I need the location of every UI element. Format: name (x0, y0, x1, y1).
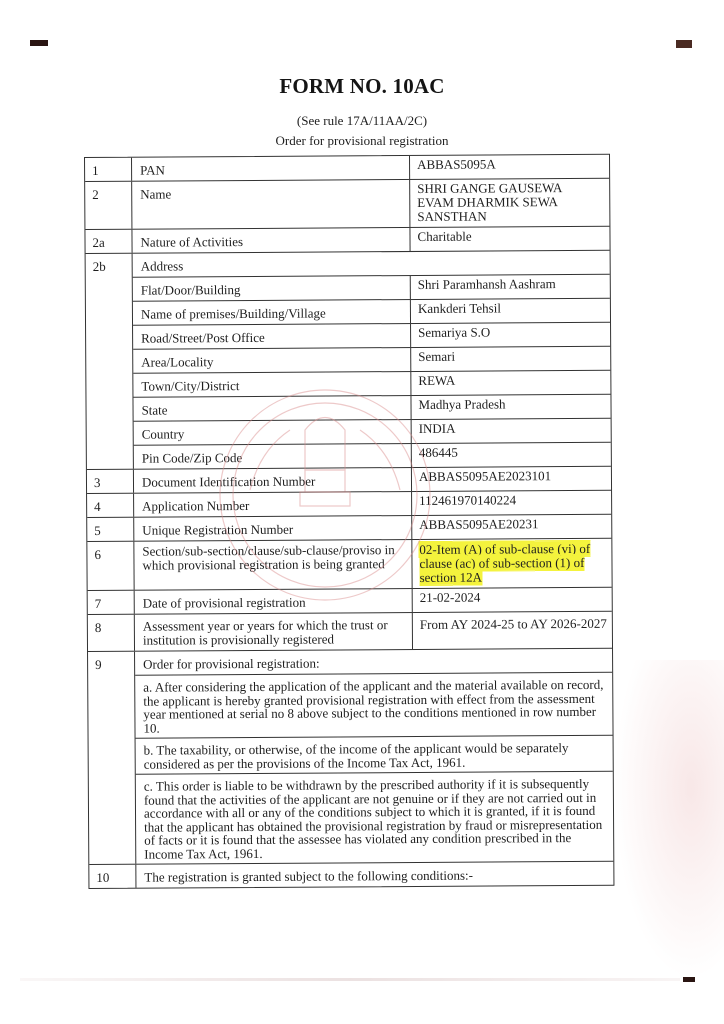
row-number: 2a (85, 230, 132, 253)
scan-mark (30, 40, 48, 46)
name-line: SANSTHAN (417, 209, 609, 224)
field-value: Kankderi Tehsil (411, 299, 610, 323)
address-field: Flat/Door/Building Shri Paramhansh Aashr… (133, 274, 610, 301)
row-pan: 1 PAN ABBAS5095A (85, 155, 609, 181)
form-subtitle: Order for provisional registration (0, 133, 724, 149)
row-label: Date of provisional registration (135, 589, 413, 614)
row-nature: 2a Nature of Activities Charitable (85, 226, 609, 253)
field-label: Pin Code/Zip Code (134, 444, 412, 469)
address-field: Town/City/District REWA (133, 370, 610, 397)
row-label: Unique Registration Number (134, 516, 412, 541)
row-number: 1 (85, 158, 132, 181)
row-number: 10 (89, 865, 136, 888)
document-id-value: ABBAS5095AE2023101 (412, 467, 611, 491)
order-paragraph-c: c. This order is liable to be withdrawn … (136, 771, 614, 864)
row-name: 2 Name SHRI GANGE GAUSEWA EVAM DHARMIK S… (85, 178, 609, 229)
row-application-number: 4 Application Number 112461970140224 (87, 490, 611, 517)
field-value: 486445 (412, 443, 611, 467)
address-field: Road/Street/Post Office Semariya S.O (133, 322, 610, 349)
row-label: Name (132, 180, 410, 229)
row-label: Nature of Activities (132, 228, 410, 253)
row-number: 3 (87, 470, 134, 493)
address-field: Name of premises/Building/Village Kankde… (133, 298, 610, 325)
assessment-years-value: From AY 2024-25 to AY 2026-2027 (413, 612, 612, 649)
row-label: PAN (132, 156, 410, 181)
section-value: 02-Item (A) of sub-clause (vi) of clause… (412, 539, 611, 588)
urn-value: ABBAS5095AE20231 (412, 515, 611, 539)
field-label: Town/City/District (133, 372, 411, 397)
field-value: Madhya Pradesh (411, 395, 610, 419)
row-label: Document Identification Number (134, 468, 412, 493)
name-line: EVAM DHARMIK SEWA (417, 195, 609, 210)
field-label: Name of premises/Building/Village (133, 300, 411, 325)
field-label: Area/Locality (133, 348, 411, 373)
field-label: Country (134, 420, 412, 445)
form-rule: (See rule 17A/11AA/2C) (0, 113, 724, 129)
row-number: 5 (87, 518, 134, 541)
date-value: 21-02-2024 (413, 588, 612, 612)
row-label: Section/sub-section/clause/sub-clause/pr… (134, 540, 412, 590)
field-value: Shri Paramhansh Aashram (411, 275, 610, 299)
field-value: REWA (411, 371, 610, 395)
row-label: Application Number (134, 492, 412, 517)
field-value: INDIA (412, 419, 611, 443)
row-assessment-years: 8 Assessment year or years for which the… (88, 611, 612, 651)
nature-value: Charitable (410, 227, 609, 251)
row-address: 2b Address Flat/Door/Building Shri Param… (86, 250, 611, 469)
address-field: Area/Locality Semari (133, 346, 610, 373)
address-field: Country INDIA (134, 418, 611, 445)
row-number: 6 (87, 542, 134, 590)
order-heading: Order for provisional registration: (135, 649, 612, 675)
row-number: 9 (88, 652, 136, 864)
address-heading: Address (133, 251, 610, 277)
name-value: SHRI GANGE GAUSEWA EVAM DHARMIK SEWA SAN… (410, 179, 609, 227)
scan-smudge (614, 660, 724, 980)
row-number: 7 (88, 591, 135, 614)
form-title: FORM NO. 10AC (0, 74, 724, 99)
row-number: 4 (87, 494, 134, 517)
conditions-label: The registration is granted subject to t… (136, 862, 613, 888)
order-paragraph-b: b. The taxability, or otherwise, of the … (136, 735, 613, 774)
field-label: Road/Street/Post Office (133, 324, 411, 349)
row-section: 6 Section/sub-section/clause/sub-clause/… (87, 538, 611, 590)
address-field: State Madhya Pradesh (133, 394, 610, 421)
scan-mark (676, 40, 692, 48)
row-order: 9 Order for provisional registration: a.… (88, 648, 613, 864)
field-value: Semariya S.O (411, 323, 610, 347)
field-label: Flat/Door/Building (133, 276, 411, 301)
pan-value: ABBAS5095A (410, 155, 609, 179)
order-paragraph-a: a. After considering the application of … (135, 672, 612, 738)
row-conditions: 10 The registration is granted subject t… (89, 861, 613, 888)
row-label: Assessment year or years for which the t… (135, 613, 413, 651)
row-document-id: 3 Document Identification Number ABBAS50… (87, 466, 611, 493)
field-value: Semari (411, 347, 610, 371)
application-number-value: 112461970140224 (412, 491, 611, 515)
row-number: 8 (88, 615, 135, 651)
field-label: State (133, 396, 411, 421)
address-field: Pin Code/Zip Code 486445 (134, 442, 611, 469)
row-number: 2b (86, 254, 134, 469)
highlighted-section: 02-Item (A) of sub-clause (vi) of clause… (419, 541, 590, 585)
registration-table: 1 PAN ABBAS5095A 2 Name SHRI GANGE GAUSE… (84, 154, 614, 889)
row-date: 7 Date of provisional registration 21-02… (88, 587, 612, 614)
row-urn: 5 Unique Registration Number ABBAS5095AE… (87, 514, 611, 541)
scan-noise (20, 978, 680, 981)
row-number: 2 (85, 182, 132, 229)
